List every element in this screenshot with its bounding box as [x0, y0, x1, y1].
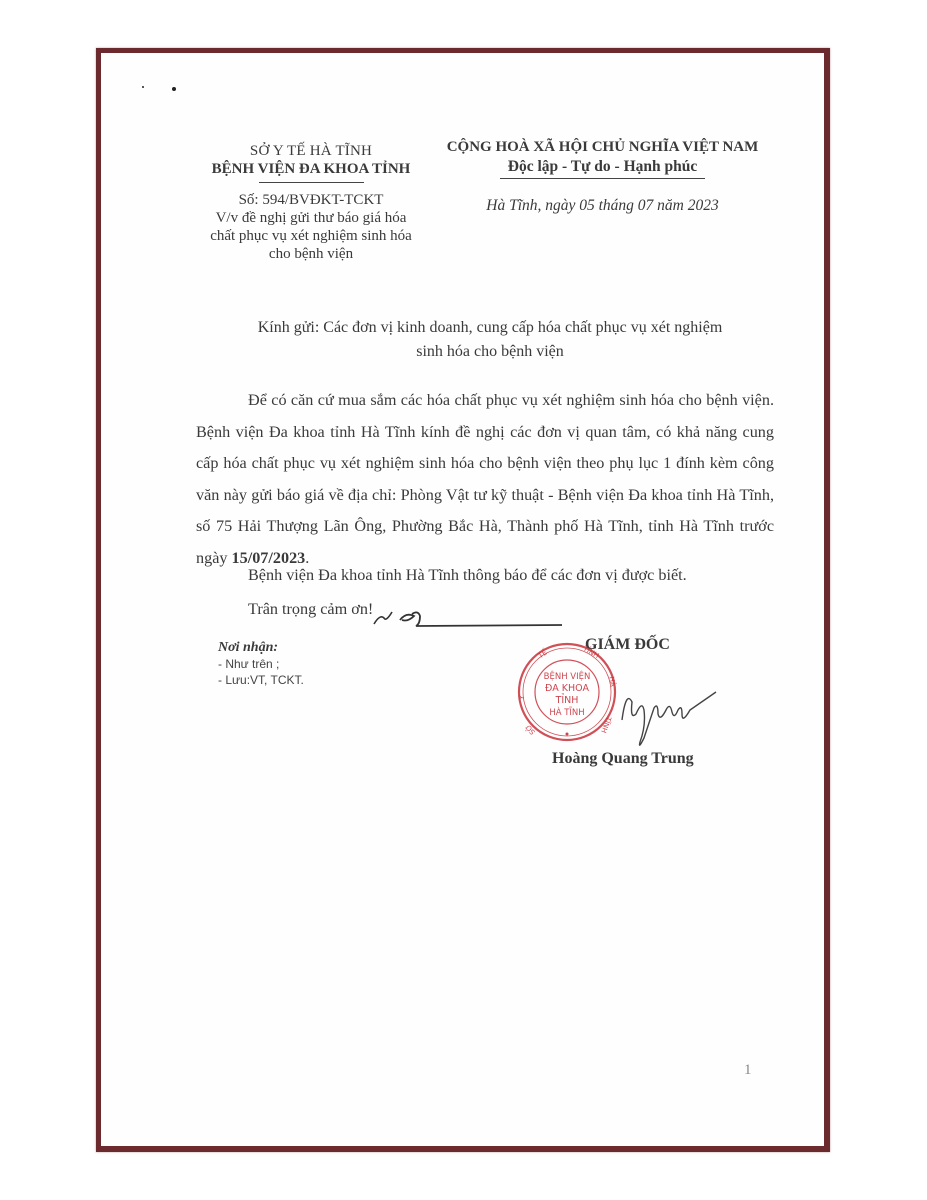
signer-name: Hoàng Quang Trung	[552, 750, 694, 768]
subject-line: cho bệnh viện	[180, 245, 442, 263]
issuer-unit: BỆNH VIỆN ĐA KHOA TỈNH	[180, 160, 442, 178]
recipients-title: Nơi nhận:	[218, 640, 304, 656]
scan-speck	[142, 86, 144, 88]
svg-text:HÀ TĨNH: HÀ TĨNH	[549, 706, 584, 718]
national-header: CỘNG HOÀ XÃ HỘI CHỦ NGHĨA VIỆT NAM Độc l…	[425, 137, 780, 187]
notice-line: Bệnh viện Đa khoa tỉnh Hà Tĩnh thông báo…	[248, 566, 687, 585]
thanks-line: Trân trọng cảm ơn!	[248, 600, 373, 619]
subject-line: V/v đề nghị gửi thư báo giá hóa	[180, 209, 442, 227]
issuer-underline	[259, 182, 364, 183]
scan-speck	[172, 87, 176, 91]
issuer-ministry: SỞ Y TẾ HÀ TĨNH	[180, 142, 442, 160]
signer-position: GIÁM ĐỐC	[585, 636, 670, 654]
recipient-item: - Lưu:VT, TCKT.	[218, 672, 304, 688]
country-name: CỘNG HOÀ XÃ HỘI CHỦ NGHĨA VIỆT NAM	[425, 137, 780, 157]
document-number: Số: 594/BVĐKT-TCKT	[180, 191, 442, 209]
initials-mark-icon	[372, 604, 572, 630]
svg-text:BỆNH VIỆN: BỆNH VIỆN	[544, 670, 591, 682]
official-stamp-icon: BỆNH VIỆN ĐA KHOA TỈNH HÀ TĨNH TẾ TỈNH Y…	[516, 638, 618, 758]
body-paragraph: Để có căn cứ mua sắm các hóa chất phục v…	[196, 385, 774, 574]
document-date: Hà Tĩnh, ngày 05 tháng 07 năm 2023	[425, 197, 780, 215]
recipient-line: Kính gửi: Các đơn vị kinh doanh, cung cấ…	[230, 316, 750, 340]
issuer-block: SỞ Y TẾ HÀ TĨNH BỆNH VIỆN ĐA KHOA TỈNH S…	[180, 142, 442, 263]
svg-text:SỞ: SỞ	[522, 723, 537, 738]
page-number: 1	[744, 1062, 752, 1079]
recipient-item: - Như trên ;	[218, 656, 304, 672]
deadline-date: 15/07/2023	[232, 549, 306, 567]
national-motto: Độc lập - Tự do - Hạnh phúc	[425, 157, 780, 177]
svg-text:ĐA KHOA: ĐA KHOA	[545, 683, 589, 694]
recipient-line: sinh hóa cho bệnh viện	[230, 340, 750, 364]
motto-underline	[500, 178, 705, 179]
svg-text:TỈNH: TỈNH	[555, 694, 579, 706]
svg-text:HÀ: HÀ	[607, 676, 618, 688]
body-period: .	[305, 549, 309, 567]
body-main-text: Để có căn cứ mua sắm các hóa chất phục v…	[196, 391, 774, 567]
subject-line: chất phục vụ xét nghiệm sinh hóa	[180, 227, 442, 245]
recipients-list: Nơi nhận: - Như trên ; - Lưu:VT, TCKT.	[218, 640, 304, 688]
recipient-block: Kính gửi: Các đơn vị kinh doanh, cung cấ…	[230, 316, 750, 364]
handwritten-signature-icon	[620, 680, 720, 752]
